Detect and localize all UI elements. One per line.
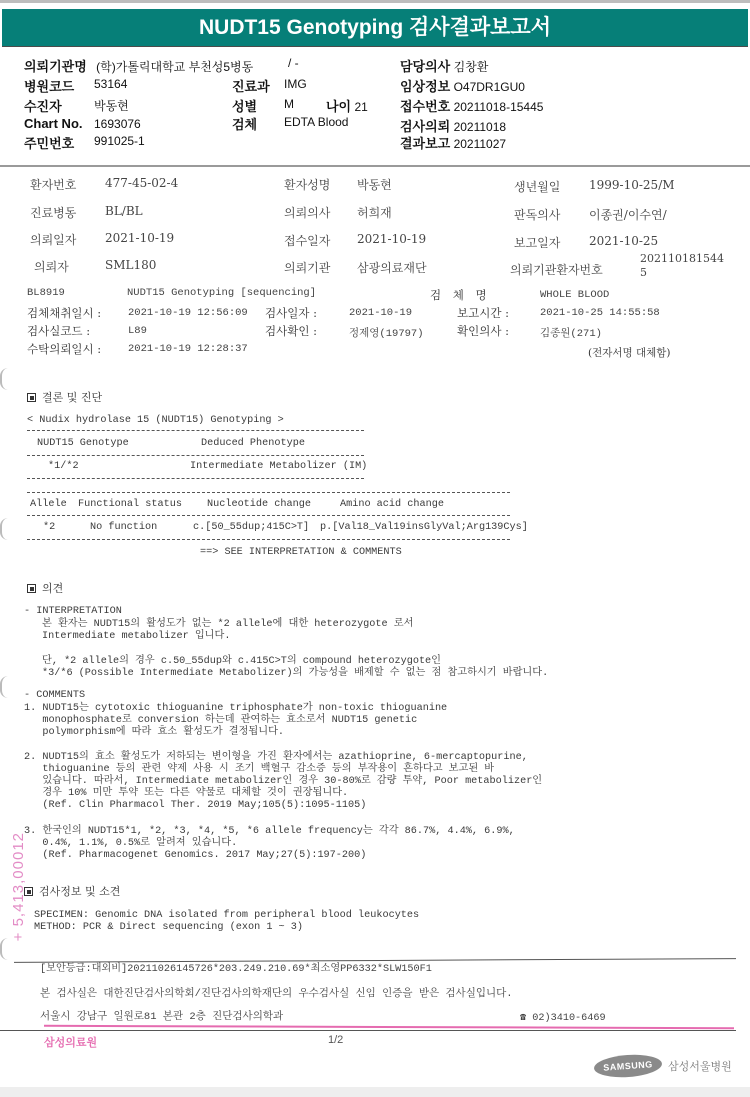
- comment-2-line-4: 경우 10% 미만 투약 또는 다른 약물로 대체할 것이 권장됩니다.: [24, 788, 348, 800]
- pi-inst-patient-no-1: 202110181544: [640, 252, 724, 265]
- pi-requester-label: 의뢰자: [34, 258, 69, 275]
- scan-artifact: [0, 938, 8, 960]
- comment-3-line-1: 3. 한국인의 NUDT15*1, *2, *3, *4, *5, *6 all…: [24, 826, 515, 838]
- value: 김창환: [454, 60, 489, 74]
- interp-line-4: *3/*6 (Possible Intermediate Metabolizer…: [42, 668, 548, 680]
- footer-divider: [0, 1030, 736, 1031]
- comment-2-line-3: 있습니다. 따라서, Intermediate metabolizer인 경우 …: [24, 776, 542, 788]
- receipt-stamp: + 5,413,00012: [10, 832, 27, 941]
- header-chart-no-value: 1693076: [94, 117, 141, 131]
- page-number: 1/2: [328, 1034, 343, 1046]
- test-code: BL8919: [27, 287, 65, 299]
- header-hospital-code-value: 53164: [94, 77, 127, 91]
- pi-req-institution: 삼광의료재단: [357, 259, 427, 276]
- collection-value: 2021-10-19 12:56:09: [128, 307, 248, 319]
- comment-1-line-1: 1. NUDT15는 cytotoxic thioguanine triphos…: [24, 703, 447, 715]
- square-bullet-icon: [27, 584, 36, 593]
- nucleotide-change-value: c.[50_55dup;415C>T]: [193, 522, 309, 534]
- pi-report-date-label: 보고일자: [514, 234, 560, 251]
- comment-1-line-2: monophosphate로 conversion 하는데 관여하는 효소로서 …: [24, 715, 417, 727]
- header-dept: 진료과: [232, 76, 270, 95]
- top-rule: [0, 0, 750, 3]
- opinion-title: 의견: [27, 580, 63, 596]
- functional-status-header: Functional status: [78, 499, 182, 511]
- allele-header: Allele: [30, 499, 67, 511]
- pi-patient-name-label: 환자성명: [284, 176, 330, 193]
- label: 주민번호: [24, 136, 74, 151]
- pi-patient-no: 477-45-02-4: [105, 176, 178, 190]
- pi-dob-label: 생년월일: [514, 178, 560, 195]
- header-specimen: 검체: [232, 114, 257, 133]
- security-line: [보안등급:대외비]20211026145726*203.249.210.69*…: [40, 964, 432, 976]
- label: 담당의사: [400, 59, 450, 74]
- test-name: NUDT15 Genotyping [sequencing]: [127, 287, 316, 299]
- header-sex: 성별: [232, 96, 257, 115]
- pi-ward-label: 진료병동: [30, 204, 76, 221]
- method-detail: METHOD: PCR & Direct sequencing (exon 1 …: [34, 922, 303, 934]
- conclusion-title: 결론 및 진단: [27, 389, 102, 405]
- value: 20211027: [454, 137, 507, 151]
- label: 접수번호: [400, 99, 450, 114]
- lab-code-value: L89: [128, 325, 147, 337]
- header-patient-value: 박동현: [94, 97, 129, 114]
- interp-line-2: Intermediate metabolizer 입니다.: [42, 631, 230, 643]
- pi-patient-name: 박동현: [357, 176, 392, 193]
- label: 나이: [326, 99, 351, 114]
- phenotype-header: Deduced Phenotype: [201, 438, 305, 450]
- header-resident-no-value: 991025-1: [94, 134, 145, 148]
- report-time-value: 2021-10-25 14:55:58: [540, 307, 660, 319]
- allele-value: *2: [43, 522, 55, 534]
- comment-3-line-2: 0.4%, 1.1%, 0.5%로 알려져 있습니다.: [24, 838, 237, 850]
- label: 검사의뢰: [400, 119, 450, 134]
- consign-label: 수탁의뢰일시 :: [27, 341, 101, 357]
- header-attending: 담당의사 김창환: [400, 56, 488, 75]
- label: 의뢰기관명: [24, 59, 87, 74]
- test-date-label: 검사일자 :: [265, 305, 317, 321]
- interp-line-3: 단, *2 allele의 경우 c.50_55dup와 c.415C>T의 c…: [42, 656, 441, 668]
- scan-artifact: [0, 518, 8, 540]
- comment-2-line-5: (Ref. Clin Pharmacol Ther. 2019 May;105(…: [24, 800, 366, 812]
- certification-line: 본 검사실은 대한진단검사의학회/진단검사의학재단의 우수검사실 신임 인증을 …: [40, 988, 513, 1000]
- comments-heading: - COMMENTS: [24, 690, 85, 702]
- consign-value: 2021-10-19 12:28:37: [128, 343, 248, 355]
- label: 병원코드: [24, 79, 74, 94]
- pi-reading-doctor: 이종권/이수연/: [589, 206, 667, 223]
- genotype-value: *1/*2: [48, 461, 79, 473]
- confirm-doctor-value: 김종원(271): [540, 325, 602, 340]
- amino-acid-change-header: Amino acid change: [340, 499, 444, 511]
- amino-acid-change-value: p.[Val18_Val19insGlyVal;Arg139Cys]: [320, 522, 528, 534]
- pi-receipt-date: 2021-10-19: [357, 232, 426, 246]
- pi-ward: BL/BL: [105, 204, 143, 218]
- label: 결과보고: [400, 136, 450, 151]
- confirm-doctor-label: 확인의사 :: [457, 323, 509, 339]
- value: 21: [354, 100, 367, 114]
- pi-inst-patient-no-label: 의뢰기관환자번호: [510, 261, 603, 278]
- header-receipt-no: 접수번호 20211018-15445: [400, 96, 543, 115]
- scan-artifact: [0, 676, 8, 698]
- pi-receipt-date-label: 접수일자: [284, 232, 330, 249]
- header-hospital-code: 병원코드: [24, 76, 74, 95]
- header-specimen-value: EDTA Blood: [284, 115, 348, 129]
- pi-patient-no-label: 환자번호: [30, 176, 76, 193]
- report-title: NUDT15 Genotyping 검사결과보고서: [2, 9, 748, 47]
- functional-status-value: No function: [90, 522, 157, 534]
- header-separator: [0, 165, 750, 167]
- value: O47DR1GU0: [454, 80, 525, 94]
- pi-reading-doctor-label: 판독의사: [514, 206, 560, 223]
- label: 수진자: [24, 99, 62, 114]
- phenotype-value: Intermediate Metabolizer (IM): [190, 461, 367, 473]
- scan-artifact: [0, 368, 8, 390]
- footer-divider: [14, 958, 736, 963]
- report-time-label: 보고시간 :: [457, 305, 509, 321]
- comment-2-line-1: 2. NUDT15의 효소 활성도가 저하되는 변이형을 가진 환자에서는 az…: [24, 752, 528, 764]
- section-title-text: 의견: [42, 582, 63, 595]
- header-clinical-info: 임상정보 O47DR1GU0: [400, 76, 525, 95]
- header-resident-no: 주민번호: [24, 133, 74, 152]
- test-confirm-label: 검사확인 :: [265, 323, 317, 339]
- label: Chart No.: [24, 116, 83, 131]
- org-name: 삼성의료원: [44, 1034, 97, 1050]
- divider: [27, 478, 364, 479]
- header-chart-no: Chart No.: [24, 116, 83, 131]
- divider: [27, 539, 510, 540]
- esign-note: (전자서명 대체함): [588, 345, 671, 360]
- address-line: 서울시 강남구 일원로81 본관 2층 진단검사의학과: [40, 1011, 283, 1023]
- header-ward: / -: [288, 56, 299, 70]
- specimen-name-label: 검 체 명: [430, 287, 491, 303]
- collection-label: 검체채취일시 :: [27, 305, 101, 321]
- pi-report-date: 2021-10-25: [589, 234, 658, 248]
- specimen-detail: SPECIMEN: Genomic DNA isolated from peri…: [34, 910, 419, 922]
- header-requesting-institution: 의뢰기관명 (학)가톨릭대학교 부천성5병동: [24, 56, 253, 75]
- section-title-text: 검사정보 및 소견: [39, 885, 120, 898]
- pi-req-institution-label: 의뢰기관: [284, 259, 330, 276]
- nucleotide-change-header: Nucleotide change: [207, 499, 311, 511]
- value: / -: [288, 56, 299, 70]
- bottom-margin: [0, 1087, 750, 1097]
- value: 20211018: [454, 120, 507, 134]
- conclusion-subtitle: < Nudix hydrolase 15 (NUDT15) Genotyping…: [27, 415, 284, 427]
- interp-line-1: 본 환자는 NUDT15의 활성도가 없는 *2 allele에 대한 hete…: [42, 619, 413, 631]
- section-title-text: 결론 및 진단: [42, 391, 102, 404]
- phone-number: 02)3410-6469: [532, 1013, 605, 1024]
- pi-requester: SML180: [105, 258, 156, 272]
- test-details-title: 검사정보 및 소견: [24, 883, 120, 899]
- header-result-report: 결과보고 20211027: [400, 133, 506, 152]
- see-note: ==> SEE INTERPRETATION & COMMENTS: [200, 547, 402, 559]
- pi-req-doctor-label: 의뢰의사: [284, 204, 330, 221]
- phone-line: ☎ 02)3410-6469: [520, 1013, 606, 1025]
- samsung-logo: SAMSUNG: [593, 1053, 662, 1080]
- label: 임상정보: [400, 79, 450, 94]
- value: (학)가톨릭대학교 부천성5병동: [96, 60, 253, 74]
- pi-req-doctor: 허희재: [357, 204, 392, 221]
- hospital-name: 삼성서울병원: [668, 1058, 732, 1074]
- phone-icon: ☎: [520, 1013, 526, 1024]
- divider: [27, 430, 364, 431]
- header-patient: 수진자: [24, 96, 62, 115]
- label: 검체: [232, 117, 257, 132]
- pi-dob: 1999-10-25/M: [589, 178, 675, 192]
- pi-req-date: 2021-10-19: [105, 231, 174, 245]
- comment-2-line-2: thioguanine 등의 관련 약제 사용 시 조기 백혈구 감소증 등의 …: [24, 764, 494, 776]
- comment-1-line-3: polymorphism에 따라 효소 활성도가 결정됩니다.: [24, 727, 284, 739]
- header-age: 나이 21: [326, 96, 368, 115]
- square-bullet-icon: [27, 393, 36, 402]
- test-date-value: 2021-10-19: [349, 307, 412, 319]
- pi-req-date-label: 의뢰일자: [30, 231, 76, 248]
- divider: [27, 492, 510, 493]
- label: 성별: [232, 99, 257, 114]
- divider: [27, 455, 364, 456]
- header-sex-value: M: [284, 97, 294, 111]
- value: 20211018-15445: [454, 100, 544, 114]
- specimen-name: WHOLE BLOOD: [540, 289, 609, 301]
- lab-code-label: 검사실코드 :: [27, 323, 90, 339]
- comment-3-line-3: (Ref. Pharmacogenet Genomics. 2017 May;2…: [24, 850, 366, 862]
- pink-divider: [44, 1025, 734, 1029]
- test-confirm-value: 정제영(19797): [349, 325, 424, 340]
- label: 진료과: [232, 79, 270, 94]
- interp-heading: - INTERPRETATION: [24, 606, 122, 618]
- divider: [27, 515, 510, 516]
- genotype-header: NUDT15 Genotype: [37, 438, 129, 450]
- header-dept-value: IMG: [284, 77, 307, 91]
- pi-inst-patient-no-2: 5: [640, 266, 647, 279]
